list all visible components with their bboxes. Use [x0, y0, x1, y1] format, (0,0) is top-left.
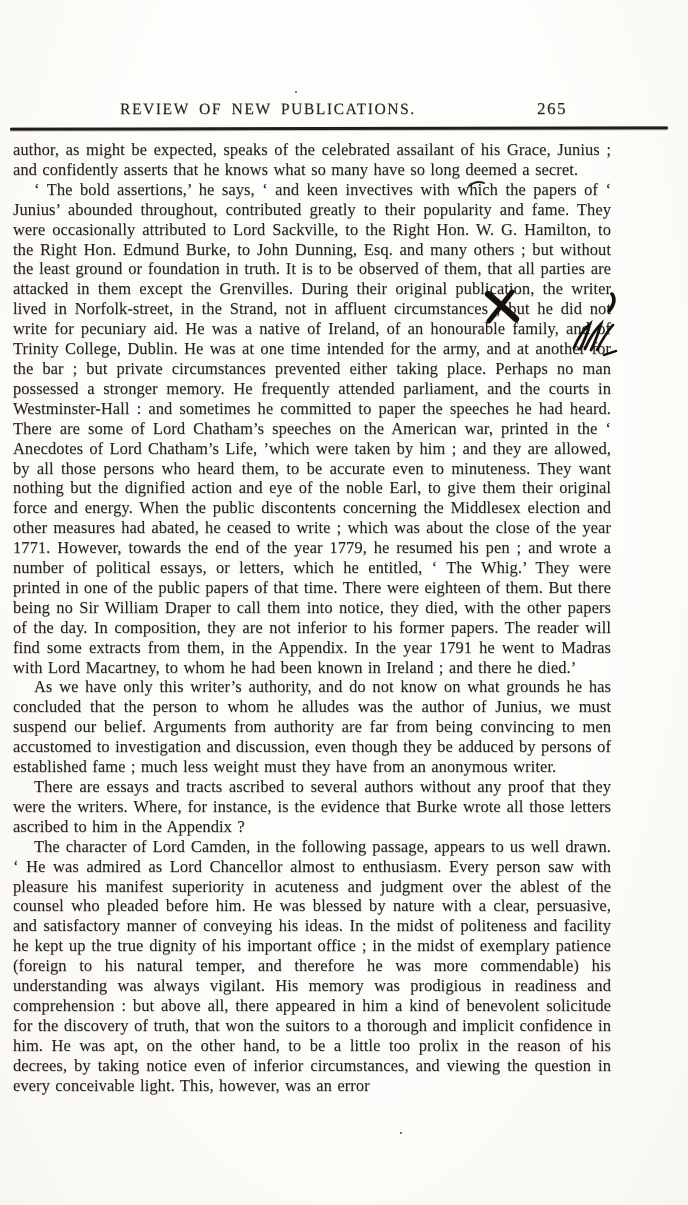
- paragraph-essays-tracts: There are essays and tracts ascribed to …: [13, 777, 611, 837]
- scanned-book-page: REVIEW OF NEW PUBLICATIONS. 265 author, …: [0, 0, 688, 1205]
- paper-speck: [295, 91, 297, 93]
- paragraph-lord-camden-character: The character of Lord Camden, in the fol…: [13, 837, 611, 1096]
- paragraph-quotation-biography: ‘ The bold assertions,’ he says, ‘ and k…: [13, 180, 611, 678]
- paragraph-continuation: author, as might be expected, speaks of …: [13, 140, 611, 180]
- body-text-column: author, as might be expected, speaks of …: [13, 140, 611, 1096]
- page-number: 265: [537, 99, 567, 119]
- header-rule: [10, 126, 668, 130]
- running-header-title: REVIEW OF NEW PUBLICATIONS.: [120, 101, 416, 119]
- paper-speck: [400, 1132, 402, 1134]
- paragraph-authority-comment: As we have only this writer’s authority,…: [13, 677, 611, 777]
